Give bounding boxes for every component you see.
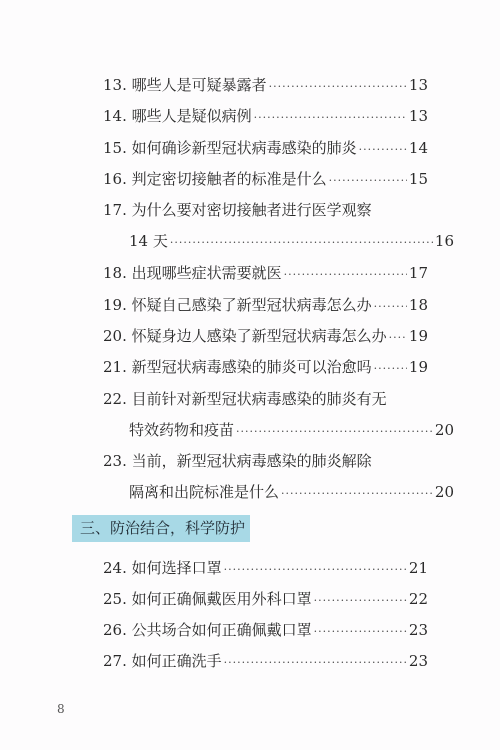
leader-dots bbox=[374, 292, 407, 322]
toc-entry[interactable]: 13. 哪些人是可疑暴露者13 bbox=[103, 70, 428, 100]
toc-entry[interactable]: 20. 怀疑身边人感染了新型冠状病毒怎么办19 bbox=[103, 321, 428, 351]
toc-entry[interactable]: 23. 当前，新型冠状病毒感染的肺炎解除 bbox=[103, 446, 428, 476]
leader-dots bbox=[329, 166, 407, 196]
entry-title: 哪些人是可疑暴露者 bbox=[132, 76, 267, 94]
entry-number: 25. bbox=[103, 590, 127, 608]
toc-entry-continuation[interactable]: 隔离和出院标准是什么20 bbox=[103, 477, 428, 507]
entry-number: 13. bbox=[103, 76, 127, 94]
entry-page: 13 bbox=[409, 101, 428, 131]
entry-title: 怀疑身边人感染了新型冠状病毒怎么办 bbox=[132, 327, 387, 345]
toc-entry[interactable]: 19. 怀疑自己感染了新型冠状病毒怎么办18 bbox=[103, 290, 428, 320]
leader-dots bbox=[314, 586, 407, 616]
section-title: 三、防治结合，科学防护 bbox=[80, 519, 245, 537]
entry-number: 26. bbox=[103, 621, 127, 639]
entry-page: 19 bbox=[409, 352, 428, 382]
entry-number: 21. bbox=[103, 358, 127, 376]
entry-title: 怀疑自己感染了新型冠状病毒怎么办 bbox=[132, 296, 372, 314]
toc-entry[interactable]: 27. 如何正确洗手23 bbox=[103, 646, 428, 676]
entry-page: 16 bbox=[435, 226, 454, 256]
entry-page: 17 bbox=[409, 258, 428, 288]
toc-entry[interactable]: 18. 出现哪些症状需要就医17 bbox=[103, 258, 428, 288]
entry-number: 27. bbox=[103, 652, 127, 670]
toc-entry[interactable]: 25. 如何正确佩戴医用外科口罩22 bbox=[103, 584, 428, 614]
entry-page: 13 bbox=[409, 70, 428, 100]
toc-entry[interactable]: 26. 公共场合如何正确佩戴口罩23 bbox=[103, 615, 428, 645]
entry-number: 19. bbox=[103, 296, 127, 314]
leader-dots bbox=[254, 103, 407, 133]
entry-title: 出现哪些症状需要就医 bbox=[132, 264, 282, 282]
entry-number: 15. bbox=[103, 139, 127, 157]
entry-title: 为什么要对密切接触者进行医学观察 bbox=[132, 201, 372, 219]
entry-page: 22 bbox=[409, 584, 428, 614]
leader-dots bbox=[170, 228, 433, 258]
entry-number: 17. bbox=[103, 201, 127, 219]
entry-page: 19 bbox=[409, 321, 428, 351]
toc-entry-continuation[interactable]: 14 天16 bbox=[103, 226, 428, 256]
section-heading[interactable]: 三、防治结合，科学防护 bbox=[72, 515, 250, 542]
leader-dots bbox=[281, 479, 433, 509]
leader-dots bbox=[389, 323, 407, 353]
leader-dots bbox=[314, 617, 407, 647]
page-number: 8 bbox=[57, 702, 65, 716]
entry-title-cont: 隔离和出院标准是什么 bbox=[129, 477, 279, 507]
entry-number: 14. bbox=[103, 107, 127, 125]
leader-dots bbox=[269, 72, 407, 102]
entry-number: 24. bbox=[103, 559, 127, 577]
entry-page: 23 bbox=[409, 615, 428, 645]
entry-title: 公共场合如何正确佩戴口罩 bbox=[132, 621, 312, 639]
entry-page: 18 bbox=[409, 290, 428, 320]
entry-title-cont: 特效药物和疫苗 bbox=[129, 415, 234, 445]
entry-page: 15 bbox=[409, 164, 428, 194]
entry-number: 22. bbox=[103, 390, 127, 408]
leader-dots bbox=[224, 555, 407, 585]
entry-title: 目前针对新型冠状病毒感染的肺炎有无 bbox=[132, 390, 387, 408]
entry-number: 20. bbox=[103, 327, 127, 345]
entry-number: 16. bbox=[103, 170, 127, 188]
leader-dots bbox=[359, 135, 407, 165]
entry-page: 20 bbox=[435, 477, 454, 507]
leader-dots bbox=[284, 260, 407, 290]
toc-entry[interactable]: 15. 如何确诊新型冠状病毒感染的肺炎14 bbox=[103, 133, 428, 163]
entry-title: 新型冠状病毒感染的肺炎可以治愈吗 bbox=[132, 358, 372, 376]
leader-dots bbox=[236, 417, 433, 447]
toc-entry[interactable]: 24. 如何选择口罩21 bbox=[103, 553, 428, 583]
toc-entry[interactable]: 17. 为什么要对密切接触者进行医学观察 bbox=[103, 195, 428, 225]
entry-number: 23. bbox=[103, 452, 127, 470]
entry-page: 20 bbox=[435, 415, 454, 445]
entry-title: 如何选择口罩 bbox=[132, 559, 222, 577]
toc-entry[interactable]: 16. 判定密切接触者的标准是什么15 bbox=[103, 164, 428, 194]
entry-title: 判定密切接触者的标准是什么 bbox=[132, 170, 327, 188]
entry-page: 23 bbox=[409, 646, 428, 676]
entry-page: 21 bbox=[409, 553, 428, 583]
leader-dots bbox=[224, 648, 407, 678]
entry-title: 如何确诊新型冠状病毒感染的肺炎 bbox=[132, 139, 357, 157]
entry-title: 当前，新型冠状病毒感染的肺炎解除 bbox=[132, 452, 372, 470]
entry-number: 18. bbox=[103, 264, 127, 282]
toc-entry[interactable]: 21. 新型冠状病毒感染的肺炎可以治愈吗19 bbox=[103, 352, 428, 382]
entry-title-cont: 14 天 bbox=[129, 226, 168, 256]
toc-entry-continuation[interactable]: 特效药物和疫苗20 bbox=[103, 415, 428, 445]
entry-title: 哪些人是疑似病例 bbox=[132, 107, 252, 125]
entry-title: 如何正确洗手 bbox=[132, 652, 222, 670]
entry-page: 14 bbox=[409, 133, 428, 163]
toc-entry[interactable]: 14. 哪些人是疑似病例13 bbox=[103, 101, 428, 131]
leader-dots bbox=[374, 354, 407, 384]
entry-title: 如何正确佩戴医用外科口罩 bbox=[132, 590, 312, 608]
toc-entry[interactable]: 22. 目前针对新型冠状病毒感染的肺炎有无 bbox=[103, 384, 428, 414]
